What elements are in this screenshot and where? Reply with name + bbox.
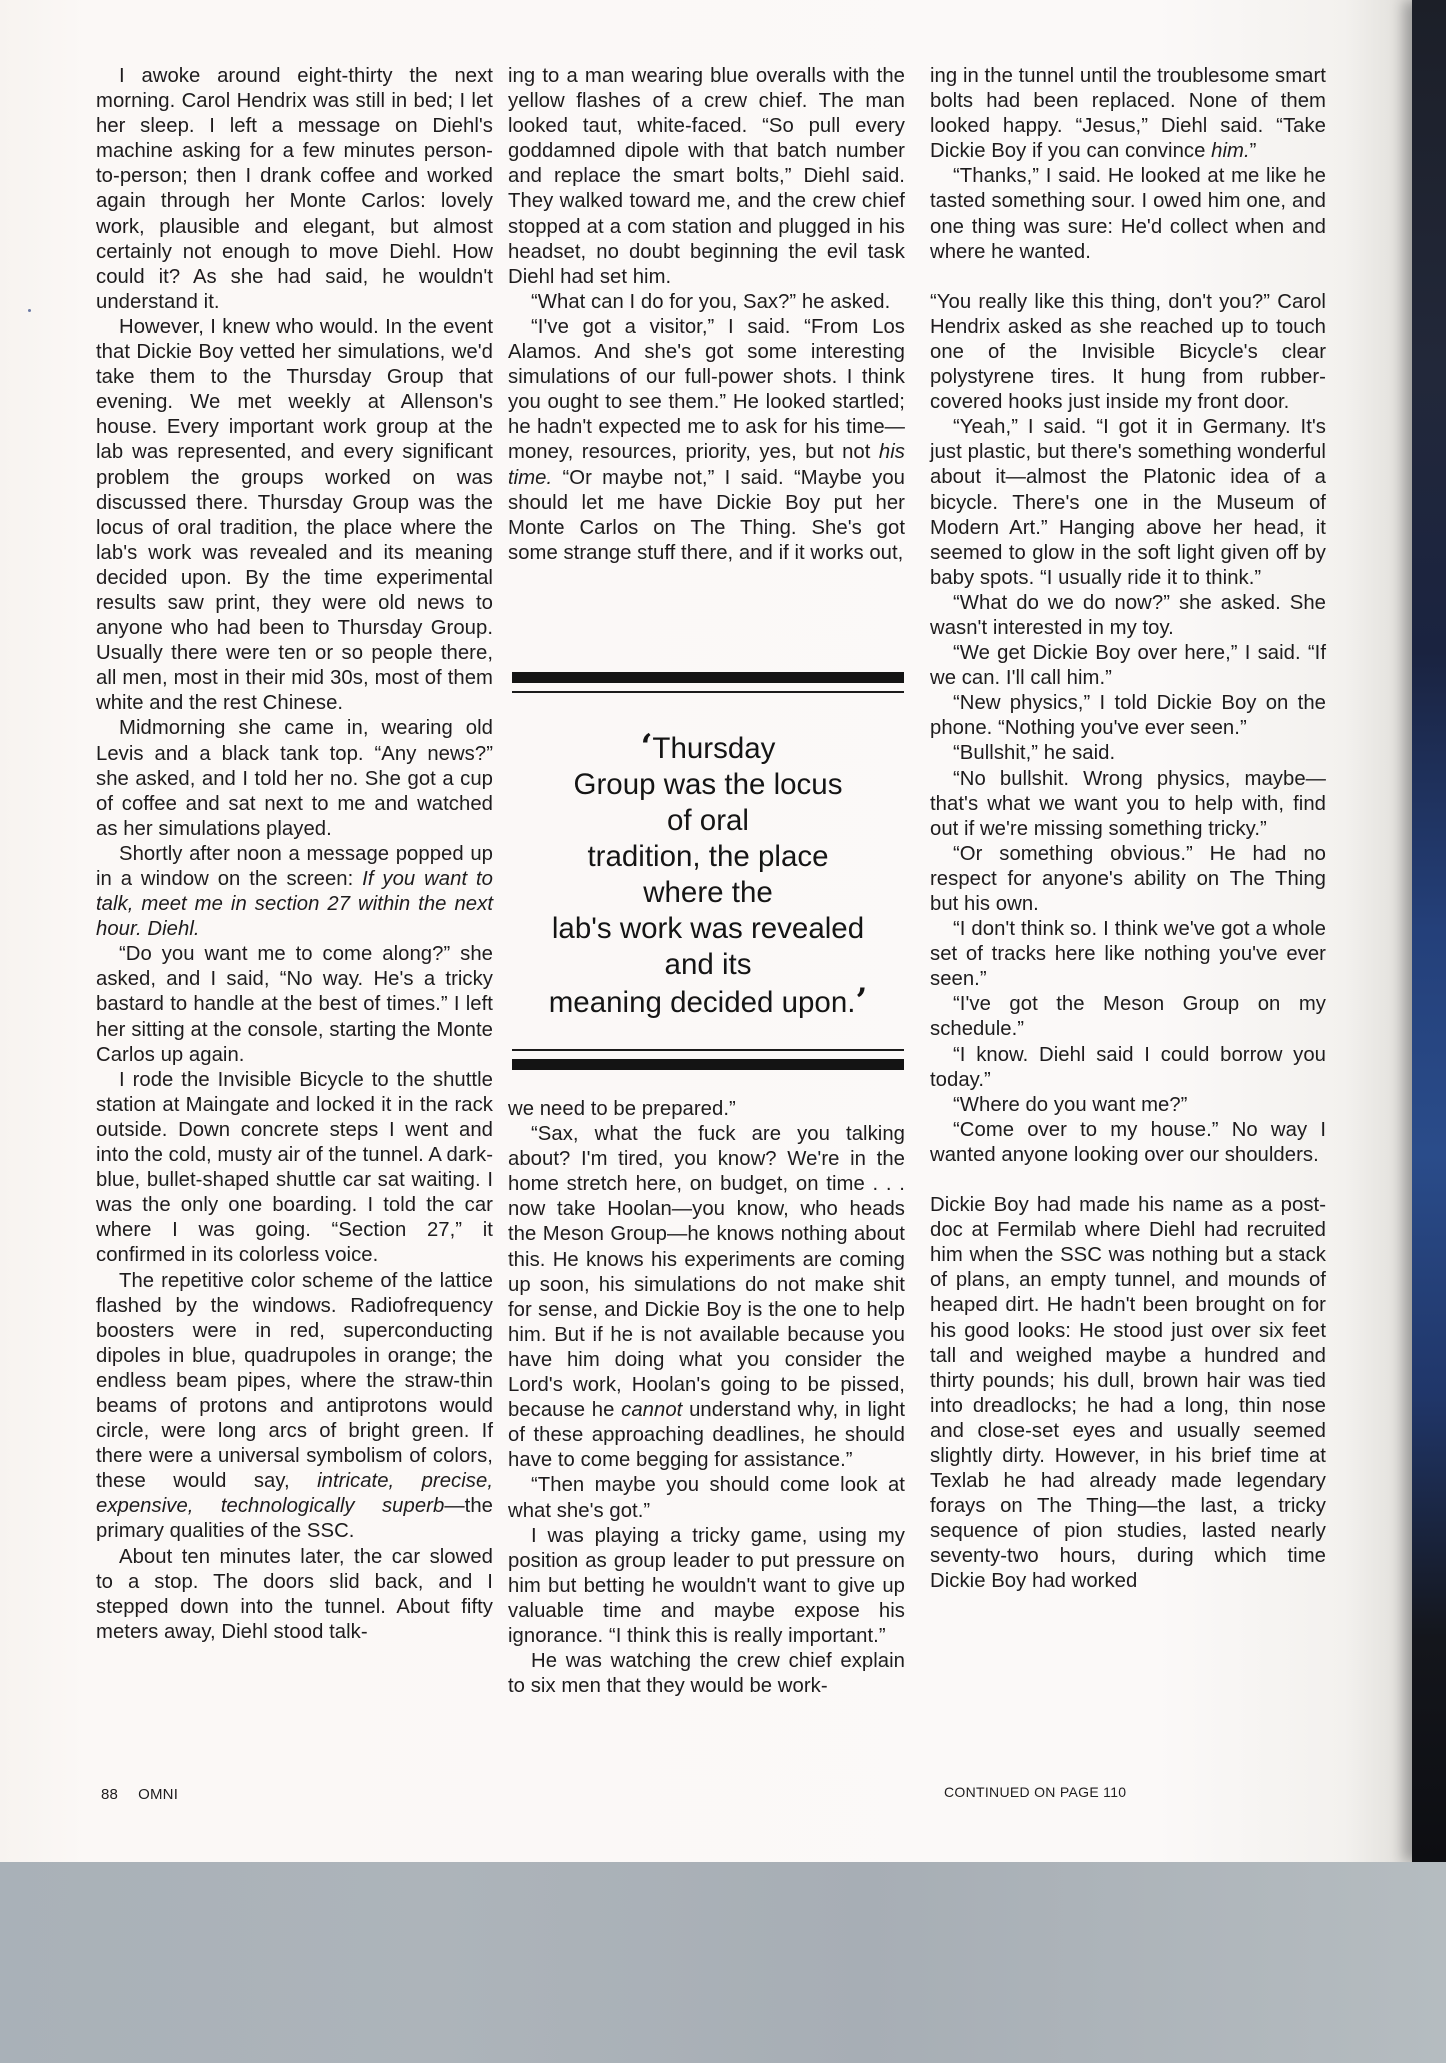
pull-quote-line: where the [512,875,904,911]
magazine-page: I awoke around eight-thirty the next mor… [0,0,1446,1862]
pull-quote-line: and its [512,947,904,983]
page-folio: 88OMNI [101,1786,178,1803]
paragraph: “Or something obvious.” He had no respec… [930,842,1326,917]
paragraph: He was watching the crew chief explain t… [508,1649,905,1699]
italic-word: him. [1211,140,1250,162]
paragraph: ing in the tunnel until the troublesome … [930,64,1326,164]
rule-thin-top [512,691,904,693]
rule-thick-bottom [512,1059,904,1070]
pull-quote-line: lab's work was revealed [512,911,904,947]
paragraph: “I don't think so. I think we've got a w… [930,917,1326,992]
paragraph: “I've got a visitor,” I said. “From Los … [508,315,905,566]
paragraph-text: “Sax, what the fuck are you talking abou… [508,1123,905,1421]
paragraph: ing to a man wearing blue overalls with … [508,64,905,290]
paragraph: “New physics,” I told Dickie Boy on the … [930,691,1326,741]
paragraph: However, I knew who would. In the event … [96,315,493,717]
section-break-paragraph: “You really like this thing, don't you?”… [930,290,1326,415]
pull-quote: ‘Thursday Group was the locus of oral tr… [512,672,904,1050]
pull-quote-line: ‘Thursday [512,729,904,767]
paragraph-text: ing in the tunnel until the troublesome … [930,65,1326,162]
paragraph-text: The repetitive color scheme of the latti… [96,1270,493,1493]
rule-thin-bottom [512,1049,904,1051]
paragraph: Midmorning she came in, wearing old Levi… [96,716,493,841]
paragraph: “Where do you want me?” [930,1093,1326,1118]
pull-quote-line: meaning decided upon.’ [512,983,904,1021]
page-number: 88 [101,1786,118,1803]
paragraph: I awoke around eight-thirty the next mor… [96,64,493,315]
text-column-2-top: ing to a man wearing blue overalls with … [508,64,905,566]
paragraph: “Thanks,” I said. He looked at me like h… [930,164,1326,264]
continued-note: CONTINUED ON PAGE 110 [944,1784,1126,1800]
pull-quote-text: ‘Thursday Group was the locus of oral tr… [512,729,904,1021]
rule-thick-top [512,672,904,683]
paragraph: “No bullshit. Wrong physics, maybe—that'… [930,767,1326,842]
pull-quote-line: Group was the locus [512,767,904,803]
section-break-paragraph: Dickie Boy had made his name as a post-d… [930,1193,1326,1595]
paragraph: “Yeah,” I said. “I got it in Germany. It… [930,415,1326,591]
paragraph: “I know. Diehl said I could borrow you t… [930,1043,1326,1093]
pull-quote-line: tradition, the place [512,839,904,875]
pull-quote-line: of oral [512,803,904,839]
paragraph: “We get Dickie Boy over here,” I said. “… [930,641,1326,691]
print-speck [28,309,31,312]
magazine-spine [1412,0,1446,1862]
paragraph: “Then maybe you should come look at what… [508,1473,905,1523]
paragraph: “Bullshit,” he said. [930,741,1326,766]
magazine-name: OMNI [138,1786,178,1803]
paragraph: The repetitive color scheme of the latti… [96,1269,493,1545]
open-quote-icon: ‘ [641,727,653,767]
text-column-3: ing in the tunnel until the troublesome … [930,64,1326,1595]
paragraph: About ten minutes later, the car slowed … [96,1545,493,1645]
paragraph: “What can I do for you, Sax?” he asked. [508,290,905,315]
paragraph: “Come over to my house.” No way I wanted… [930,1118,1326,1168]
close-quote-icon: ’ [855,981,867,1021]
text-column-2-bottom: we need to be prepared.” “Sax, what the … [508,1097,905,1699]
paragraph: I rode the Invisible Bicycle to the shut… [96,1068,493,1269]
paragraph: “Do you want me to come along?” she aske… [96,942,493,1067]
text-column-1: I awoke around eight-thirty the next mor… [96,64,493,1645]
paragraph: “I've got the Meson Group on my schedule… [930,992,1326,1042]
paragraph: “What do we do now?” she asked. She wasn… [930,591,1326,641]
paragraph: I was playing a tricky game, using my po… [508,1524,905,1649]
paragraph: Shortly after noon a message popped up i… [96,842,493,942]
scanner-background [0,1862,1446,2063]
paragraph-text: “I've got a visitor,” I said. “From Los … [508,316,905,463]
paragraph: we need to be prepared.” [508,1097,905,1122]
italic-word: cannot [621,1399,682,1421]
paragraph: “Sax, what the fuck are you talking abou… [508,1122,905,1473]
paragraph-text: “Or maybe not,” I said. “Maybe you shoul… [508,467,905,564]
